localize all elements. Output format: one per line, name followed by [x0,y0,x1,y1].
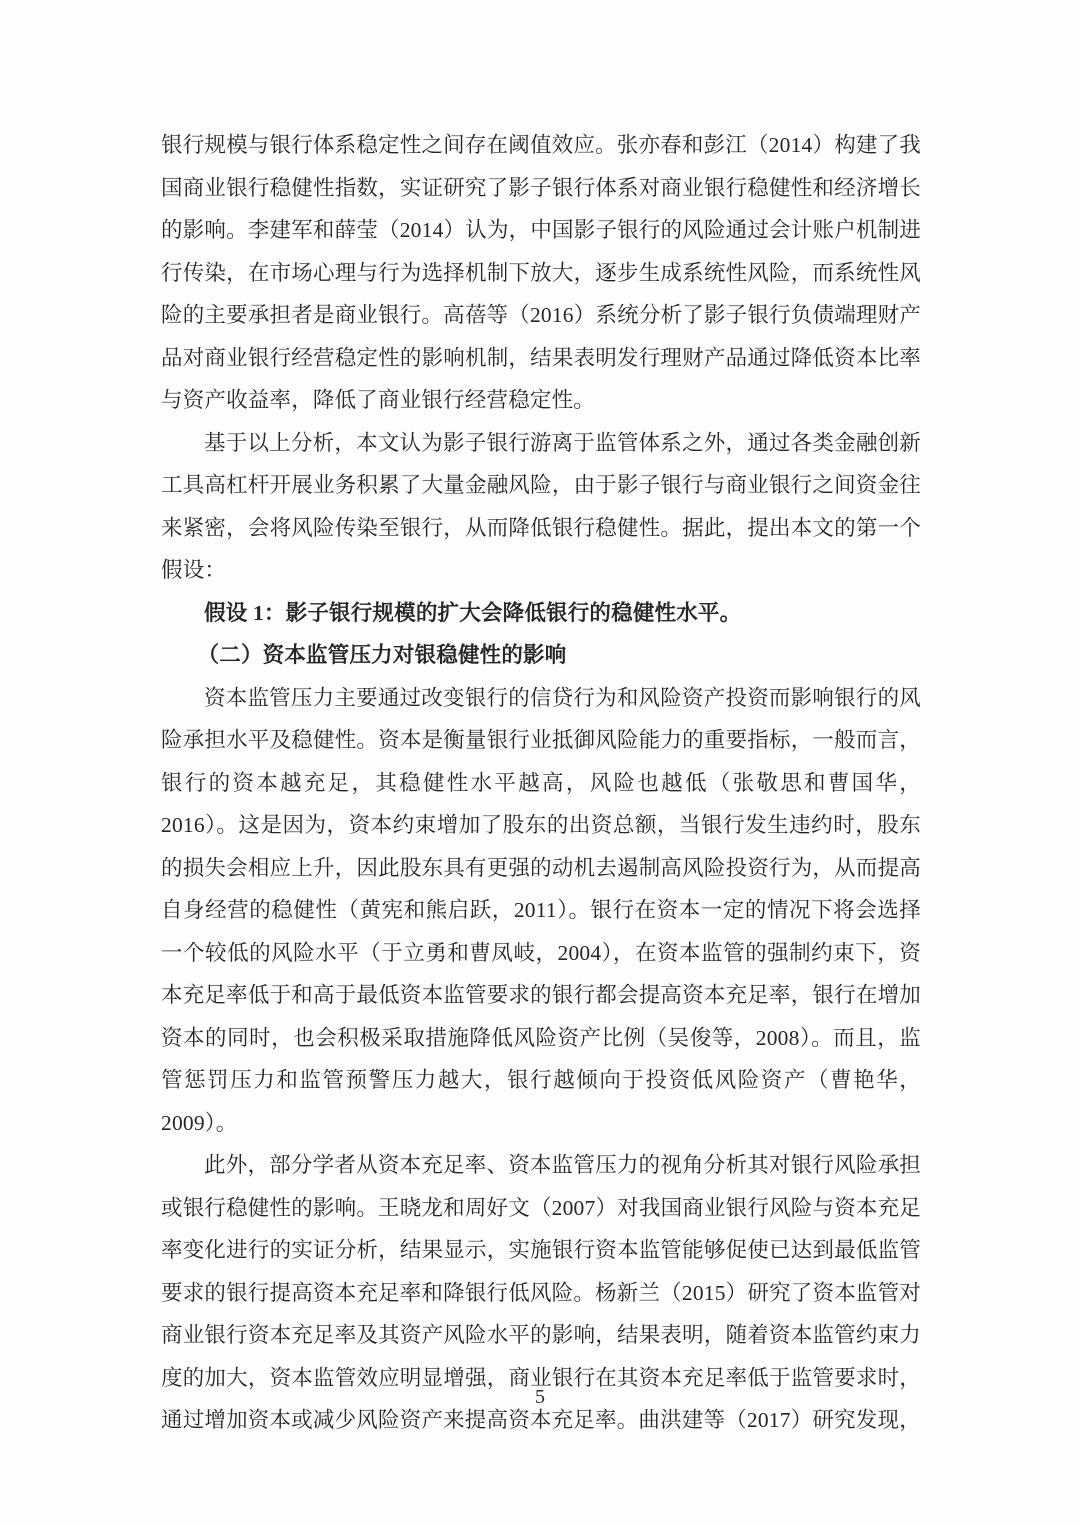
page-number: 5 [0,1385,1080,1409]
body-paragraph-continuation: 银行规模与银行体系稳定性之间存在阈值效应。张亦春和彭江（2014）构建了我国商业… [161,124,921,422]
page-text-block: 银行规模与银行体系稳定性之间存在阈值效应。张亦春和彭江（2014）构建了我国商业… [161,124,921,1442]
body-paragraph: 基于以上分析，本文认为影子银行游离于监管体系之外，通过各类金融创新工具高杠杆开展… [161,422,921,592]
hypothesis-1-statement: 假设 1：影子银行规模的扩大会降低银行的稳健性水平。 [161,592,921,635]
section-heading-2: （二）资本监管压力对银稳健性的影响 [161,634,921,677]
document-page: 银行规模与银行体系稳定性之间存在阈值效应。张亦春和彭江（2014）构建了我国商业… [0,0,1080,1526]
body-paragraph: 资本监管压力主要通过改变银行的信贷行为和风险资产投资而影响银行的风险承担水平及稳… [161,677,921,1145]
